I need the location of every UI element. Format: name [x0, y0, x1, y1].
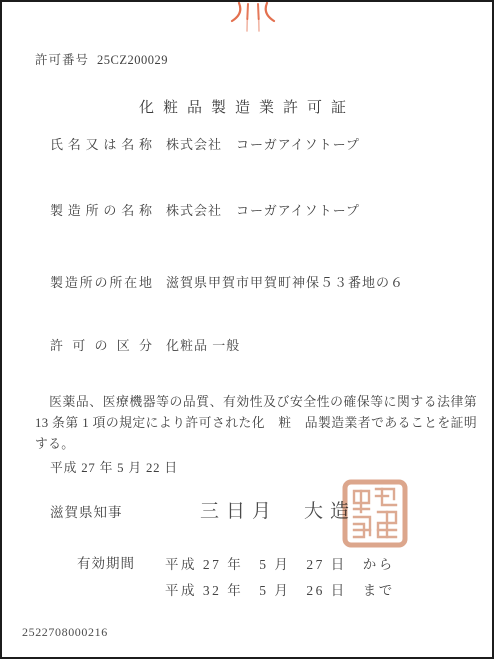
field-row-factory-name: 製造所の名称株式会社 コーガアイソトープ	[50, 200, 360, 219]
issuer-name: 三日月 大造	[200, 496, 356, 523]
validity-to: 平成 32 年 5 月 26 日 まで	[165, 578, 395, 604]
official-seal-stamp-icon	[342, 479, 408, 548]
field-label: 氏名又は名称	[50, 134, 152, 153]
field-label: 許可の区分	[50, 335, 152, 354]
field-value: 滋賀県甲賀市甲賀町神保５３番地の６	[166, 275, 404, 290]
field-row-permit-category: 許可の区分化粧品 一般	[50, 335, 240, 354]
field-value: 株式会社 コーガアイソトープ	[166, 137, 360, 152]
field-label: 製造所の所在地	[50, 272, 152, 291]
issuer-title: 滋賀県知事	[50, 501, 123, 521]
document-title: 化粧品製造業許可証	[2, 96, 492, 117]
certificate-page: 許可番号25CZ200029 化粧品製造業許可証 氏名又は名称株式会社 コーガア…	[0, 0, 494, 659]
permit-number-value: 25CZ200029	[97, 53, 168, 67]
validity-from: 平成 27 年 5 月 27 日 から	[165, 552, 395, 578]
field-row-name: 氏名又は名称株式会社 コーガアイソトープ	[50, 134, 360, 153]
field-label: 製造所の名称	[50, 200, 152, 219]
watermark-icon	[228, 2, 278, 34]
certification-statement: 医薬品、医療機器等の品質、有効性及び安全性の確保等に関する法律第 13 条第 1…	[35, 392, 477, 455]
field-value: 株式会社 コーガアイソトープ	[166, 203, 360, 218]
field-row-factory-address: 製造所の所在地滋賀県甲賀市甲賀町神保５３番地の６	[50, 272, 404, 291]
serial-number: 2522708000216	[22, 625, 108, 640]
field-value: 化粧品 一般	[166, 338, 240, 353]
permit-number-label: 許可番号	[35, 53, 89, 67]
validity-label: 有効期間	[77, 552, 135, 572]
permit-number-line: 許可番号25CZ200029	[35, 50, 168, 68]
validity-period: 有効期間 平成 27 年 5 月 27 日 から 平成 32 年 5 月 26 …	[77, 552, 395, 604]
issue-date: 平成 27 年 5 月 22 日	[50, 457, 178, 476]
